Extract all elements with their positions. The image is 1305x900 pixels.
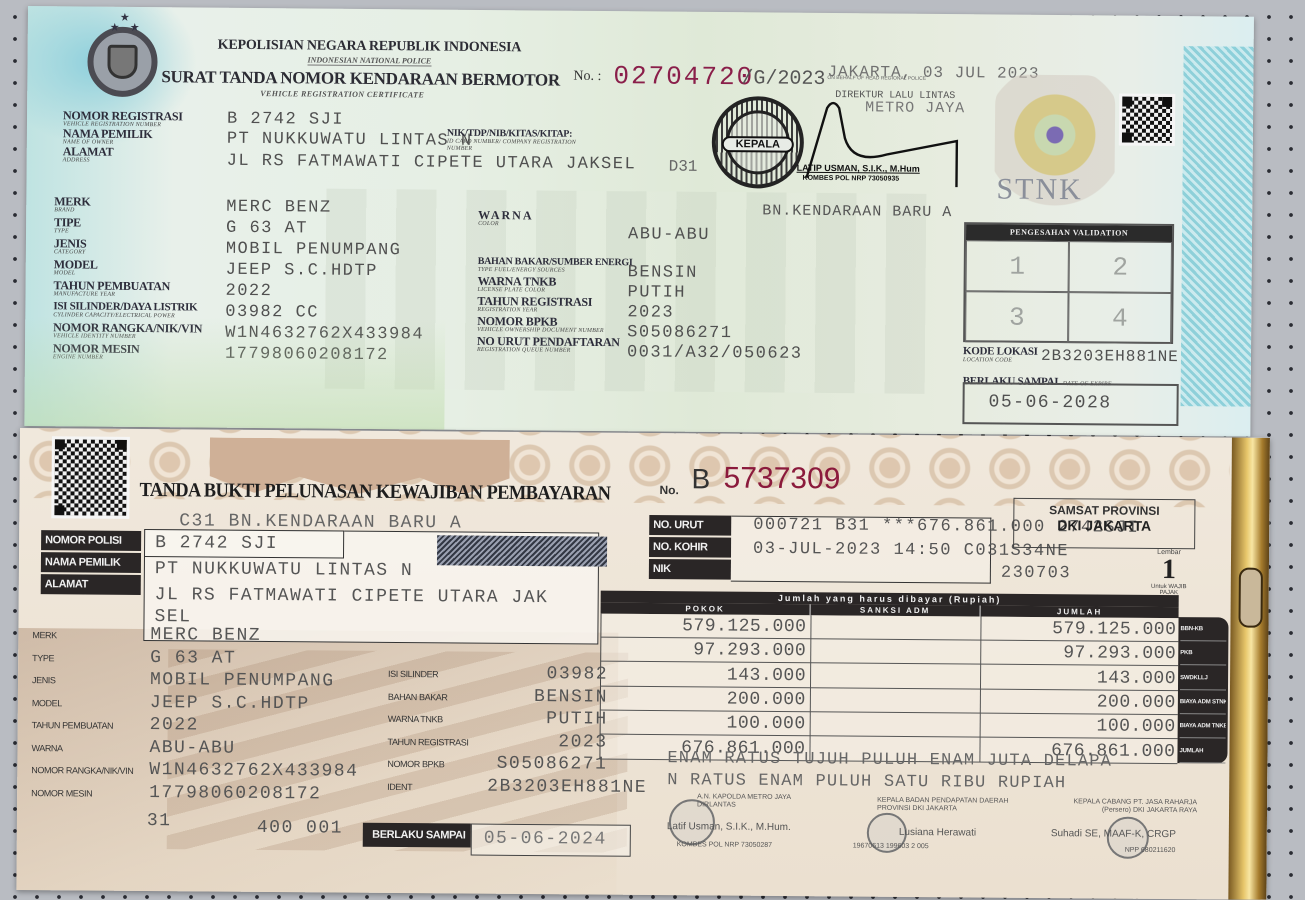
payment-receipt-tbpkp: TANDA BUKTI PELUNASAN KEWAJIBAN PEMBAYAR… [16, 428, 1270, 900]
owner-name-value: PT NUKKUWATU LINTAS N [227, 130, 473, 151]
vehicle-value: 03982 [488, 664, 608, 685]
signatory-name: LATIP USMAN, S.I.K., M.Hum [797, 163, 920, 174]
vehicle-label: MODEL [32, 698, 142, 709]
jumlah-value: 200.000 [982, 689, 1176, 715]
validation-header: PENGESAHAN VALIDATION [966, 224, 1172, 242]
number-label: No. : [573, 69, 601, 85]
jumlah-value: 579.125.000 [982, 617, 1176, 643]
samsat-line-1: SAMSAT PROVINSI [1014, 503, 1194, 518]
validation-grid: PENGESAHAN VALIDATION 1 2 3 4 [963, 222, 1174, 344]
field-bpkb-number: NOMOR BPKBVEHICLE OWNERSHIP DOCUMENT NUM… [477, 316, 604, 335]
brand-value: MERC BENZ [226, 198, 331, 218]
gold-security-strip [1228, 438, 1270, 900]
validation-cell-1: 1 [966, 240, 1069, 292]
vehicle-label: NOMOR MESIN [31, 788, 141, 799]
stamp-label: KEPALA [722, 136, 794, 153]
label-owner-name: NAMA PEMILIK [41, 552, 141, 573]
number-prefix: B [691, 463, 710, 495]
row-tag: BIAYA ADM STNK [1180, 690, 1226, 714]
stnk-hologram-text: STNK [996, 172, 1083, 207]
manufacture-year-value: 2022 [225, 282, 272, 301]
type-value: G 63 AT [226, 219, 308, 239]
location-code-value: 2B3203EH881NE [1041, 347, 1179, 366]
vin-value: W1N4632762X433984 [225, 324, 424, 345]
document-title-en: VEHICLE REGISTRATION CERTIFICATE [260, 89, 424, 99]
qr-code-icon [51, 436, 130, 519]
expiry-box: 05-06-2028 [962, 382, 1178, 426]
vehicle-label: TAHUN REGISTRASI [388, 736, 478, 747]
row-tag: BBN-KB [1180, 617, 1226, 641]
pokok-value: 200.000 [600, 686, 806, 712]
nik-field: NIK/TDP/NIB/KITAS/KITAP: ID CARD NUMBER/… [447, 128, 587, 154]
vehicle-label: NOMOR BPKB [387, 759, 477, 770]
vehicle-value: BENSIN [488, 686, 608, 707]
field-fuel: BAHAN BAKAR/SUMBER ENERGITYPE FUEL/ENERG… [478, 256, 633, 275]
number-label: No. [659, 483, 678, 497]
label-no-urut: NO. URUT [649, 515, 731, 536]
field-vin: NOMOR RANGKA/NIK/VINVEHICLE IDENTITY NUM… [53, 322, 202, 341]
document-title: SURAT TANDA NOMOR KENDARAAN BERMOTOR [161, 67, 560, 90]
vehicle-value: 2023 [487, 731, 607, 752]
field-manufacture-year: TAHUN PEMBUATANMANUFACTURE YEAR [53, 280, 170, 299]
vehicle-value: JEEP S.C.HDTP [150, 693, 310, 714]
field-color: WARNACOLOR [478, 210, 533, 228]
sanksi-value [812, 664, 976, 689]
vehicle-label: WARNA TNKB [388, 714, 478, 725]
field-cylinder: ISI SILINDER/DAYA LISTRIKCYLINDER CAPACI… [53, 301, 197, 320]
star-icon: ★ [120, 11, 130, 24]
vehicle-value: G 63 AT [150, 648, 236, 669]
field-engine-number: NOMOR MESINENGINE NUMBER [53, 343, 140, 362]
on-behalf-text: ON BEHALF OF HEAD REGIONAL POLICE [827, 75, 926, 82]
row-tag: BIAYA ADM TNKB [1180, 714, 1226, 738]
star-icon: ★ [130, 21, 140, 34]
vehicle-value: 2B3203EH881NE [487, 776, 607, 797]
field-brand: MERKBRAND [54, 196, 90, 214]
institution-name: KEPOLISIAN NEGARA REPUBLIK INDONESIA [218, 38, 522, 57]
vehicle-value: W1N4632762X433984 [149, 760, 358, 782]
owner-fields: NOMOR REGISTRASIVEHICLE REGISTRATION NUM… [63, 110, 503, 114]
field-type: TIPETYPE [54, 217, 81, 235]
footer-code-a: 31 [147, 811, 172, 831]
receipt-title: TANDA BUKTI PELUNASAN KEWAJIBAN PEMBAYAR… [139, 479, 610, 506]
vehicle-value: PUTIH [488, 709, 608, 730]
signature-1-id: KOMBES POL NRP 73050287 [677, 841, 772, 850]
vehicle-value: S05086271 [487, 754, 607, 775]
label-address: ALAMAT [41, 574, 141, 595]
sanksi-value [812, 640, 976, 665]
signature-1-name: Latif Usman, S.I.K., M.Hum. [667, 821, 791, 833]
bpkb-number-value: S05086271 [627, 323, 732, 343]
jumlah-value: 97.293.000 [982, 641, 1176, 667]
vehicle-value: ABU-ABU [149, 738, 235, 759]
redacted-area [437, 535, 607, 566]
plate-color-value: PUTIH [627, 283, 686, 303]
signature-2-id: 19670613 199603 2 005 [853, 843, 929, 852]
validation-cell-4: 4 [1068, 292, 1171, 344]
row-tag: JUMLAH [1179, 739, 1225, 763]
row-tag: PKB [1180, 641, 1226, 665]
amount-words-line-1: ENAM RATUS TUJUH PULUH ENAM JUTA DELAPA [667, 749, 1112, 771]
samsat-line-2: DKI JAKARTA [1014, 517, 1194, 534]
validation-cell-2: 2 [1069, 241, 1172, 293]
model-value: JEEP S.C.HDTP [226, 261, 378, 281]
vehicle-label: IDENT [387, 781, 477, 792]
expiry-value: 05-06-2024 [484, 829, 607, 850]
label-no-kohir: NO. KOHIR [649, 537, 731, 558]
vehicle-label: JENIS [32, 675, 142, 686]
pokok-value: 100.000 [600, 711, 806, 737]
samsat-box: SAMSAT PROVINSI DKI JAKARTA [1013, 498, 1195, 549]
footer-code-b: 400 001 [257, 818, 343, 839]
vehicle-value: 17798060208172 [149, 783, 321, 804]
vehicle-value: 2022 [150, 715, 199, 735]
vehicle-value: MOBIL PENUMPANG [150, 670, 335, 691]
jumlah-value: 143.000 [982, 665, 1176, 691]
field-category: JENISCATEGORY [54, 238, 87, 256]
payment-table: Jumlah yang harus dibayar (Rupiah) POKOK… [599, 591, 1178, 764]
copy-indicator: Lembar 1 Untuk WAJIB PAJAK [1139, 549, 1199, 596]
engine-number-value: 17798060208172 [225, 345, 389, 365]
color-value: ABU-ABU [628, 225, 710, 245]
field-model: MODELMODEL [54, 259, 98, 277]
sanksi-value [812, 615, 976, 640]
vehicle-label: ISI SILINDER [388, 669, 478, 680]
label-nik: NIK [649, 559, 731, 580]
validation-cell-3: 3 [965, 291, 1068, 343]
field-address: ALAMATADDRESS [63, 146, 114, 164]
category-value: MOBIL PENUMPANG [226, 240, 402, 261]
signature-1-title: A.N. KAPOLDA METRO JAYA DIRLANTAS [697, 793, 807, 810]
field-plate-color: WARNA TNKBLICENSE PLATE COLOR [478, 276, 557, 295]
pokok-value: 579.125.000 [600, 614, 806, 640]
amount-words-line-2: N RATUS ENAM PULUH SATU RIBU RUPIAH [667, 771, 1066, 793]
security-stripe [1181, 46, 1254, 407]
plate-value: B 2742 SJI [155, 533, 278, 554]
signatory-rank: KOMBES POL NRP 73050935 [802, 175, 899, 183]
expiry-value: 05-06-2028 [988, 392, 1111, 413]
field-registration-year: TAHUN REGISTRASIREGISTRATION YEAR [477, 296, 592, 315]
queue-number-value: 0031/A32/050623 [627, 343, 803, 364]
code-d31: D31 [669, 158, 698, 176]
label-plate-number: NOMOR POLISI [41, 530, 141, 551]
signature-3-name: Suhadi SE, MAAF-K, CRGP [1051, 828, 1176, 840]
kendaraan-note: BN.KENDARAAN BARU A [762, 202, 952, 221]
serial-suffix: /G/2023 [741, 67, 825, 91]
police-emblem-icon [87, 27, 158, 98]
row-tag: SWDKLLJ [1180, 666, 1226, 690]
vehicle-label: MERK [32, 630, 142, 641]
owner-value: PT NUKKUWATU LINTAS N [155, 559, 413, 581]
jumlah-value: 100.000 [982, 714, 1176, 740]
registration-year-value: 2023 [627, 303, 674, 322]
stnk-vehicle-registration-certificate: ★ ★ ★ KEPOLISIAN NEGARA REPUBLIK INDONES… [24, 6, 1254, 437]
sanksi-value [812, 688, 976, 713]
address-line-1: JL RS FATMAWATI CIPETE UTARA JAK [155, 585, 549, 608]
vehicle-value: MERC BENZ [150, 625, 261, 646]
serial-number: 02704720 [613, 61, 754, 92]
cylinder-value: 03982 CC [225, 303, 319, 323]
signature-2-name: Lusiana Herawati [899, 827, 976, 839]
vehicle-label: WARNA [31, 743, 141, 754]
address-value: JL RS FATMAWATI CIPETE UTARA JAKSEL [227, 152, 637, 175]
signature-3-title: KEPALA CABANG PT. JASA RAHARJA (Persero)… [1057, 798, 1197, 815]
sanksi-value [812, 712, 976, 737]
expiry-box: 05-06-2024 [471, 824, 631, 857]
vehicle-label: TYPE [32, 653, 142, 664]
receipt-number: 5737309 [723, 462, 840, 497]
fuel-value: BENSIN [628, 263, 698, 283]
institution-name-en: INDONESIAN NATIONAL POLICE [307, 55, 431, 66]
signature-3-id: NPP 680211620 [1125, 847, 1176, 855]
field-queue-number: NO URUT PENDAFTARANREGISTRATION QUEUE NU… [477, 336, 620, 355]
nik-extra-value: 230703 [1001, 564, 1071, 584]
signature-2-title: KEPALA BADAN PENDAPATAN DAERAH PROVINSI … [877, 797, 1017, 814]
pokok-value: 143.000 [600, 662, 806, 688]
registration-number-value: B 2742 SJI [227, 110, 344, 130]
star-icon: ★ [110, 21, 120, 34]
vehicle-label: BAHAN BAKAR [388, 691, 478, 702]
pokok-value: 97.293.000 [600, 638, 806, 664]
expiry-label: BERLAKU SAMPAI [363, 823, 471, 848]
location-code-field: KODE LOKASI LOCATION CODE [963, 346, 1038, 365]
vehicle-label: NOMOR RANGKA/NIK/VIN [31, 765, 141, 776]
qr-code-icon [1119, 94, 1175, 146]
payment-row-tags: BBN-KBPKBSWDKLLJBIAYA ADM STNKBIAYA ADM … [1177, 617, 1228, 763]
vehicle-label: TAHUN PEMBUATAN [32, 720, 142, 731]
